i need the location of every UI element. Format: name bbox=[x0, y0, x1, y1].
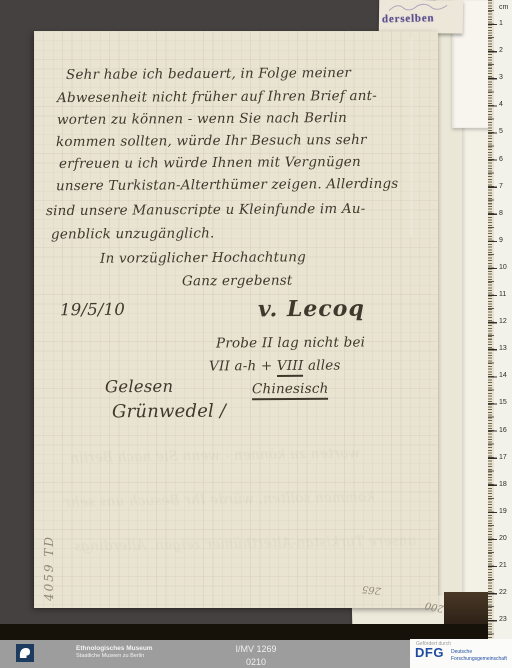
ruler-number: 21 bbox=[499, 562, 507, 569]
ruler-number: 15 bbox=[499, 400, 507, 407]
cm-ruler: cm 1234567891011121314151617181920212223… bbox=[488, 0, 512, 668]
annotation-gruenwedel: Grünwedel / bbox=[112, 401, 226, 423]
dfg-funding-box: Gefördert durch DFG Deutsche Forschungsg… bbox=[410, 639, 512, 668]
ruler-number: 11 bbox=[499, 291, 506, 298]
stamped-paper-corner: derselben bbox=[379, 0, 463, 34]
ruler-number: 16 bbox=[499, 427, 507, 434]
signature: v. Lecoq bbox=[258, 296, 365, 323]
ruler-number: 12 bbox=[499, 318, 507, 325]
postscript-line: VII a-h + VIII alles bbox=[209, 358, 341, 375]
closing-line: In vorzüglicher Hochachtung bbox=[100, 249, 306, 266]
closing-line: Ganz ergebenst bbox=[182, 273, 293, 290]
ruler-number: 19 bbox=[499, 508, 507, 515]
letter-line: genblick unzugänglich. bbox=[51, 225, 215, 242]
ruler-number: 1 bbox=[499, 20, 503, 27]
letter-line: sind unsere Manuscripte u Kleinfunde im … bbox=[46, 201, 366, 219]
scan-page-number: 0210 bbox=[196, 656, 316, 668]
postscript-part: alles bbox=[303, 358, 340, 374]
pencil-folio-number: 265 bbox=[361, 583, 381, 596]
shelfmark: I/MV 1269 bbox=[196, 643, 316, 656]
paper-crease bbox=[410, 38, 412, 238]
ruler-unit-label: cm bbox=[499, 4, 508, 11]
scanned-letter-view: derselben worten zu können - wenn Sie na… bbox=[0, 0, 512, 668]
ruler-number: 2 bbox=[499, 47, 503, 54]
footer-bar: Ethnologisches Museum Staatliche Museen … bbox=[0, 640, 512, 668]
ruler-number: 6 bbox=[499, 156, 503, 163]
dfg-logo: DFG bbox=[415, 645, 444, 660]
museum-text-block: Ethnologisches Museum Staatliche Museen … bbox=[76, 645, 153, 660]
pencil-vertical-note: 4059 TD bbox=[42, 535, 56, 601]
scan-bottom-strip bbox=[0, 624, 512, 640]
museum-logo-icon bbox=[16, 644, 34, 662]
ruler-number: 5 bbox=[499, 129, 503, 136]
museum-logo bbox=[16, 644, 34, 662]
ruler-number: 3 bbox=[499, 74, 503, 81]
ruler-number: 23 bbox=[499, 616, 507, 623]
postscript-line: Probe II lag nicht bei bbox=[216, 334, 365, 351]
ruler-number: 8 bbox=[499, 210, 503, 217]
ruler-cm-ticks bbox=[488, 24, 497, 668]
ruler-number: 22 bbox=[499, 589, 507, 596]
letter-line: Sehr habe ich bedauert, in Folge meiner bbox=[66, 65, 351, 83]
purple-stamp: derselben bbox=[382, 12, 435, 25]
ruler-number: 13 bbox=[499, 345, 507, 352]
postscript-line-underlined: Chinesisch bbox=[252, 381, 329, 401]
letter-line: erfreuen u ich würde Ihnen mit Vergnügen bbox=[59, 154, 361, 172]
ruler-number: 4 bbox=[499, 101, 503, 108]
postscript-part: VII a-h + bbox=[209, 358, 277, 374]
ruler-number: 9 bbox=[499, 237, 503, 244]
ruler-number: 14 bbox=[499, 372, 507, 379]
letter-date: 19/5/10 bbox=[60, 300, 125, 319]
letter-line: kommen sollten, würde Ihr Besuch uns seh… bbox=[56, 132, 367, 150]
ruler-number: 20 bbox=[499, 535, 507, 542]
ruler-number: 10 bbox=[499, 264, 507, 271]
letter-line: worten zu können - wenn Sie nach Berlin bbox=[57, 110, 347, 128]
ruler-number: 7 bbox=[499, 183, 503, 190]
letter-line: Abwesenheit nicht früher auf Ihren Brief… bbox=[57, 88, 377, 106]
museum-name: Ethnologisches Museum bbox=[76, 645, 153, 653]
ruler-number: 18 bbox=[499, 481, 507, 488]
postscript-part-underlined: VIII bbox=[277, 358, 304, 377]
letter-line: unsere Turkistan-Alterthümer zeigen. All… bbox=[56, 176, 399, 194]
ruler-number: 17 bbox=[499, 454, 507, 461]
shelfmark-block: I/MV 1269 0210 bbox=[196, 643, 316, 668]
annotation-gelesen: Gelesen bbox=[105, 377, 173, 396]
dfg-name-line2: Forschungsgemeinschaft bbox=[451, 656, 507, 663]
dfg-name: Deutsche Forschungsgemeinschaft bbox=[451, 649, 507, 662]
museum-subtitle: Staatliche Museen zu Berlin bbox=[76, 653, 153, 660]
